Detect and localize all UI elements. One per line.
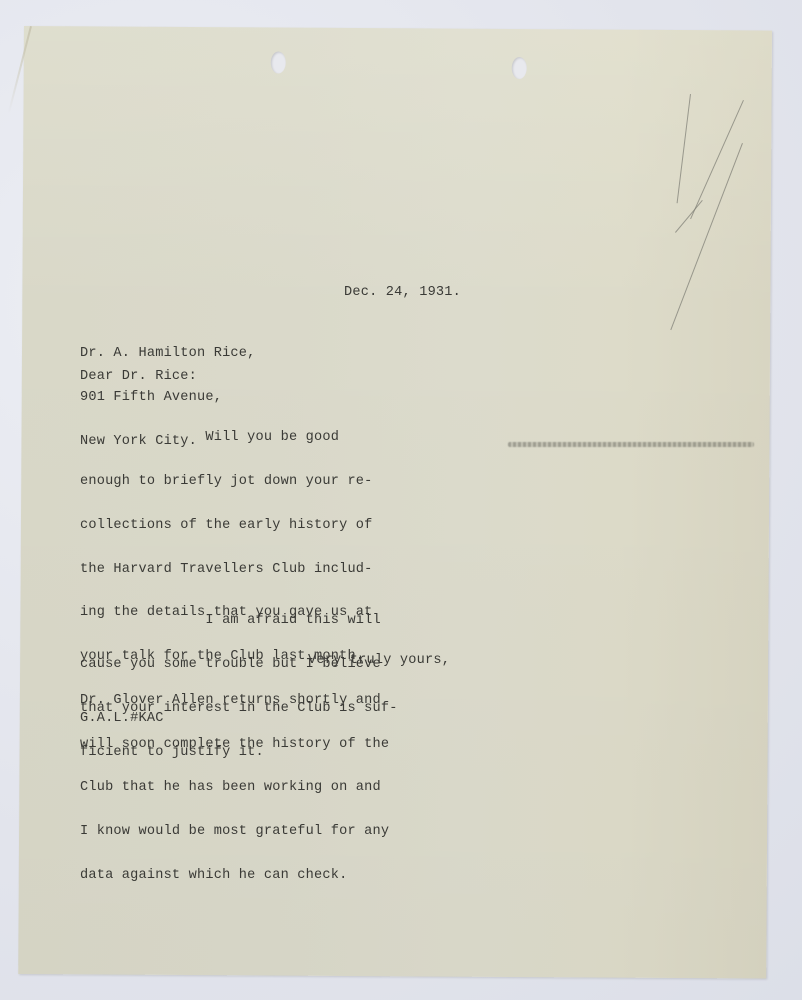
- punch-hole-left: [271, 52, 286, 74]
- text-line: I know would be most grateful for any: [80, 825, 389, 840]
- punch-hole-right: [512, 57, 527, 79]
- text-line: I am afraid this will: [80, 614, 398, 629]
- address-line: Dr. A. Hamilton Rice,: [80, 347, 256, 362]
- paragraph-2: I am afraid this will cause you some tro…: [80, 585, 398, 789]
- closing: Very truly yours,: [308, 654, 450, 669]
- letter-body: Dec. 24, 1931. Dr. A. Hamilton Rice, 901…: [76, 140, 93, 344]
- pencil-line: [508, 442, 754, 447]
- reference-initials: G.A.L.#KAC: [80, 712, 164, 727]
- text-line: Will you be good: [80, 431, 389, 446]
- letter-date: Dec. 24, 1931.: [344, 286, 461, 301]
- salutation: Dear Dr. Rice:: [80, 370, 197, 385]
- text-line: enough to briefly jot down your re-: [80, 475, 389, 490]
- text-line: ficient to justify it.: [80, 746, 398, 761]
- text-line: the Harvard Travellers Club includ-: [80, 563, 389, 578]
- paper-crease: [8, 26, 32, 114]
- text-line: data against which he can check.: [80, 869, 389, 884]
- text-line: collections of the early history of: [80, 519, 389, 534]
